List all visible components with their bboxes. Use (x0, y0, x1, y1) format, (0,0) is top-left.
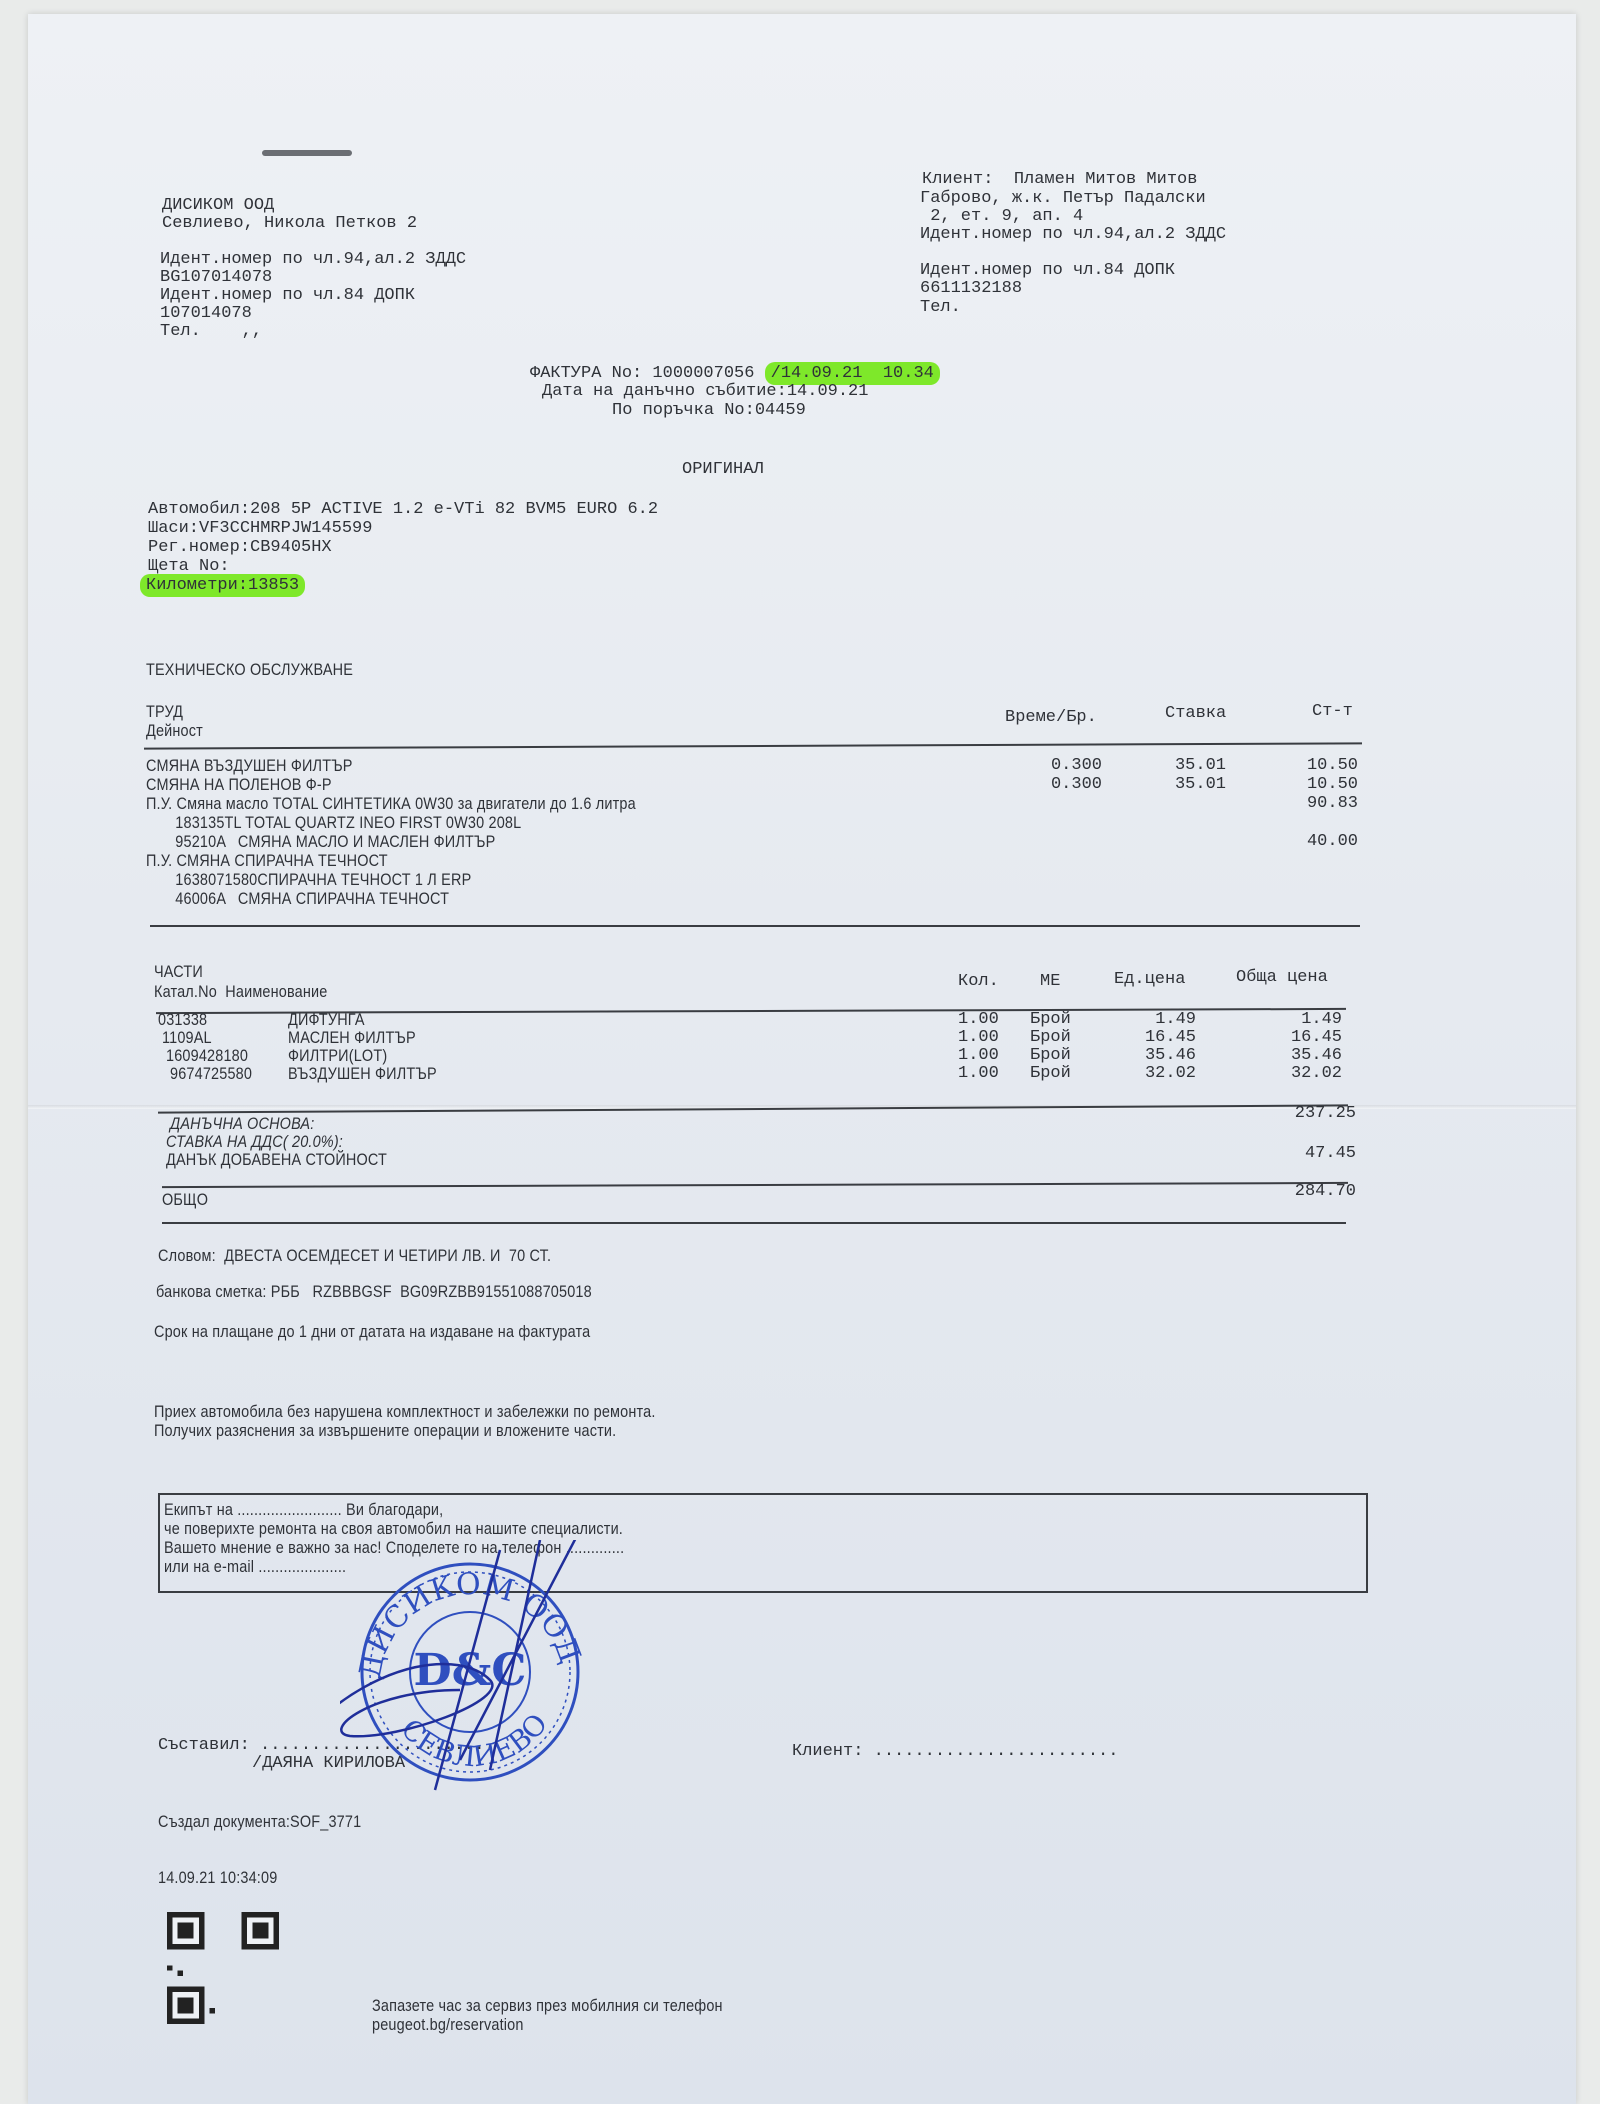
vehicle-chassis: Шаси:VF3CCHMRPJW145599 (148, 519, 372, 539)
part-catalog-no: 1609428180 (166, 1046, 248, 1066)
vehicle-km-highlight: Километри:13853 (140, 574, 305, 597)
client-phone: Тел. (920, 298, 961, 318)
vehicle-reg: Рег.номер:CB9405HX (148, 538, 332, 558)
staple-mark (262, 150, 352, 156)
client-vat-label: Идент.номер по чл.94,ал.2 ЗДДС (920, 225, 1226, 245)
client-name: Клиент: Пламен Митов Митов (922, 170, 1197, 190)
labor-row-cost: 10.50 (1250, 756, 1358, 776)
parts-title: ЧАСТИ (154, 962, 203, 982)
invoice-number: ФАКТУРА No: 1000007056 /14.09.21 10.34 (530, 364, 940, 384)
labor-row-cost: 90.83 (1250, 794, 1358, 814)
part-total-price: 1.49 (1230, 1010, 1342, 1030)
part-unit-price: 35.46 (1100, 1046, 1196, 1066)
labor-row-rate: 35.01 (1140, 756, 1226, 776)
part-unit-price: 16.45 (1100, 1028, 1196, 1048)
part-qty: 1.00 (958, 1028, 999, 1048)
labor-row-text: П.У. Смяна масло TOTAL СИНТЕТИКА 0W30 за… (146, 794, 636, 814)
labor-col-rate: Ставка (1165, 704, 1226, 724)
reservation-link[interactable]: peugeot.bg/reservation (372, 2015, 524, 2035)
labor-row-text: П.У. СМЯНА СПИРАЧНА ТЕЧНОСТ (146, 851, 388, 871)
client-id-label: Идент.номер по чл.84 ДОПК (920, 261, 1175, 281)
feedback-line-1: Екипът на ......................... Ви б… (164, 1500, 443, 1520)
vehicle-km: Километри:13853 (140, 576, 305, 596)
part-unit: Брой (1030, 1046, 1071, 1066)
part-name: ФИЛТРИ(LOT) (288, 1046, 387, 1066)
seller-address: Севлиево, Никола Петков 2 (162, 214, 417, 234)
labor-col-activity: Дейност (146, 721, 203, 741)
part-catalog-no: 9674725580 (170, 1064, 252, 1084)
seller-vat-label: Идент.номер по чл.94,ал.2 ЗДДС (160, 250, 466, 270)
part-total-price: 16.45 (1230, 1028, 1342, 1048)
acceptance-line-1: Приех автомобила без нарушена комплектно… (154, 1402, 656, 1422)
labor-col-time: Време/Бр. (1005, 708, 1097, 728)
labor-row-cost: 10.50 (1250, 775, 1358, 795)
seller-vat-number: BG107014078 (160, 268, 272, 288)
feedback-line-4: или на e-mail ..................... (164, 1557, 346, 1577)
labor-col-cost: Ст-т (1312, 702, 1353, 722)
part-unit-price: 32.02 (1100, 1064, 1196, 1084)
totals-bottom-rule (162, 1222, 1346, 1224)
labor-row-rate: 35.01 (1140, 775, 1226, 795)
client-address-2: 2, ет. 9, ап. 4 (920, 207, 1083, 227)
part-qty: 1.00 (958, 1010, 999, 1030)
parts-col-total: Обща цена (1236, 968, 1328, 988)
company-stamp-icon: ДИСИКОМ ООД СЕВЛИЕВО D&C (340, 1540, 600, 1800)
seller-id-label: Идент.номер по чл.84 ДОПК (160, 286, 415, 306)
part-catalog-no: 1109AL (162, 1028, 212, 1048)
order-number: По поръчка No:04459 (612, 401, 806, 421)
labor-footer-rule (150, 925, 1360, 927)
tax-base-label: ДАНЪЧНА ОСНОВА: (170, 1114, 314, 1134)
tax-base-value: 237.25 (1250, 1104, 1356, 1124)
feedback-line-2: че поверихте ремонта на своя автомобил н… (164, 1519, 623, 1539)
part-qty: 1.00 (958, 1046, 999, 1066)
printed-at: 14.09.21 10:34:09 (158, 1868, 277, 1888)
client-id-number: 6611132188 (920, 279, 1022, 299)
vehicle-model: Автомобил:208 5P ACTIVE 1.2 e-VTi 82 BVM… (148, 500, 658, 520)
service-title: ТЕХНИЧЕСКО ОБСЛУЖВАНЕ (146, 660, 353, 680)
svg-text:D&C: D&C (414, 1645, 527, 1696)
part-name: МАСЛЕН ФИЛТЪР (288, 1028, 416, 1048)
part-total-price: 35.46 (1230, 1046, 1342, 1066)
reservation-line-1: Запазете час за сервиз през мобилния си … (372, 1996, 723, 2016)
part-unit-price: 1.49 (1100, 1010, 1196, 1030)
total-value: 284.70 (1250, 1182, 1356, 1202)
svg-text:СЕВЛИЕВО: СЕВЛИЕВО (394, 1707, 554, 1773)
labor-row-time: 0.300 (1010, 756, 1102, 776)
acceptance-line-2: Получих разяснения за извършените операц… (154, 1421, 616, 1441)
seller-id-number: 107014078 (160, 304, 252, 324)
labor-row-text: 95210A СМЯНА МАСЛО И МАСЛЕН ФИЛТЪР (146, 832, 495, 852)
part-catalog-no: 031338 (158, 1010, 207, 1030)
amount-in-words: Словом: ДВЕСТА ОСЕМДЕСЕТ И ЧЕТИРИ ЛВ. И … (158, 1246, 551, 1266)
part-name: ВЪЗДУШЕН ФИЛТЪР (288, 1064, 437, 1084)
tax-event-date: Дата на данъчно събитие:14.09.21 (542, 382, 868, 402)
labor-row-text: СМЯНА ВЪЗДУШЕН ФИЛТЪР (146, 756, 353, 776)
parts-col-price: Ед.цена (1114, 970, 1185, 990)
part-unit: Брой (1030, 1064, 1071, 1084)
bank-account: банкова сметка: РББ RZBBBGSF BG09RZBB915… (156, 1282, 592, 1302)
parts-col-qty: Кол. (958, 972, 999, 992)
labor-title: ТРУД (146, 702, 183, 722)
qr-code-icon[interactable] (164, 1912, 282, 2024)
labor-row-text: 46006A СМЯНА СПИРАЧНА ТЕЧНОСТ (146, 889, 449, 909)
part-unit: Брой (1030, 1028, 1071, 1048)
payment-term: Срок на плащане до 1 дни от датата на из… (154, 1322, 590, 1342)
part-unit: Брой (1030, 1010, 1071, 1030)
labor-row-cost: 40.00 (1250, 832, 1358, 852)
labor-row-text: 1638071580СПИРАЧНА ТЕЧНОСТ 1 Л ERP (146, 870, 471, 890)
created-by: Създал документа:SOF_3771 (158, 1812, 361, 1832)
labor-row-time: 0.300 (1010, 775, 1102, 795)
seller-phone: Тел. ,, (160, 322, 262, 342)
part-name: ДИФТУНГА (288, 1010, 365, 1030)
seller-name: ДИСИКОМ ООД (162, 196, 274, 216)
parts-col-cat: Катал.No Наименование (154, 982, 327, 1002)
part-total-price: 32.02 (1230, 1064, 1342, 1084)
vat-rate-label: СТАВКА НА ДДС( 20.0%): (166, 1132, 343, 1152)
total-label: ОБЩО (162, 1190, 208, 1210)
client-address-1: Габрово, ж.к. Петър Падалски (920, 189, 1206, 209)
vat-value: 47.45 (1250, 1144, 1356, 1164)
labor-row-text: 183135TL TOTAL QUARTZ INEO FIRST 0W30 20… (146, 813, 521, 833)
vat-label: ДАНЪК ДОБАВЕНА СТОЙНОСТ (166, 1150, 387, 1170)
parts-col-unit: МЕ (1040, 972, 1060, 992)
copy-type: ОРИГИНАЛ (682, 460, 764, 480)
labor-row-text: СМЯНА НА ПОЛЕНОВ Ф-Р (146, 775, 332, 795)
invoice-number-text: ФАКТУРА No: 1000007056 (530, 364, 765, 383)
client-signature: Клиент: ........................ (792, 1742, 1118, 1762)
part-qty: 1.00 (958, 1064, 999, 1084)
